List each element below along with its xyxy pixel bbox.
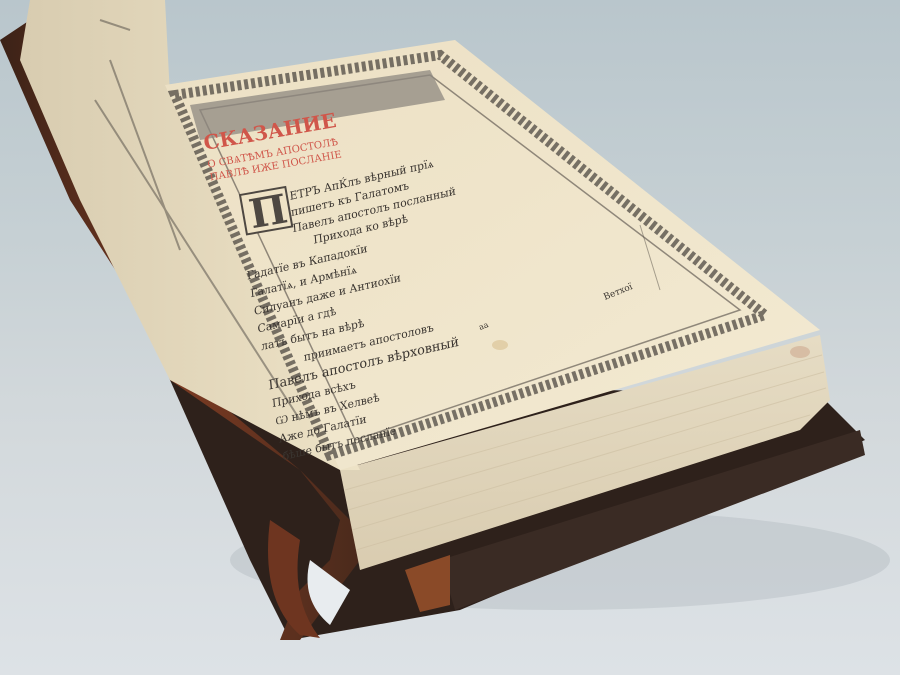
svg-text:П: П: [246, 185, 291, 238]
book-photo: СКАЗАНИЕ О СВѦТѢМЪ АПОСТОЛѢ ПАВЛѢ ИЖЕ ПО…: [0, 0, 900, 675]
drop-cap: П: [240, 185, 293, 239]
book-illustration: СКАЗАНИЕ О СВѦТѢМЪ АПОСТОЛѢ ПАВЛѢ ИЖЕ ПО…: [0, 0, 900, 675]
